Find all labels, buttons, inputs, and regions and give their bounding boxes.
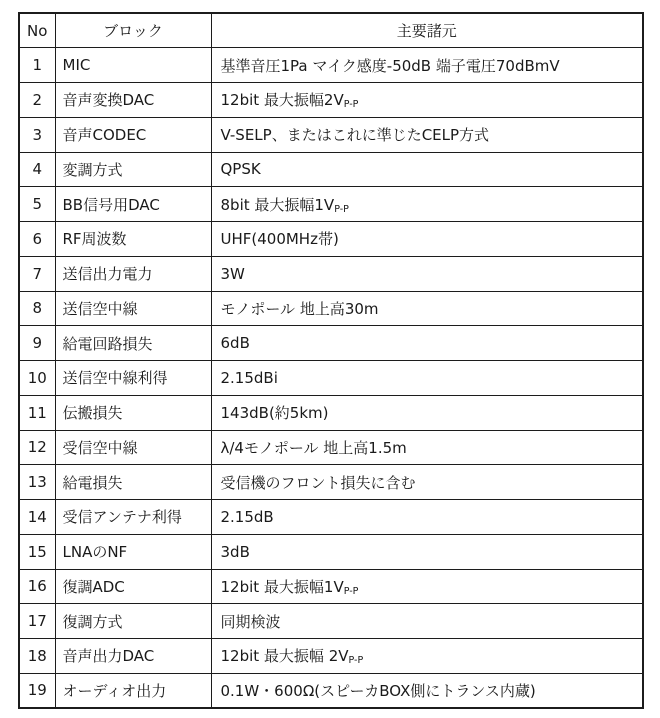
row-number-cell: 7 (19, 256, 55, 291)
spec-cell: 6dB (211, 326, 643, 361)
table-row: 13 給電損失 受信機のフロント損失に含む (19, 465, 643, 500)
row-number-cell: 5 (19, 187, 55, 222)
block-cell: 受信空中線 (55, 430, 211, 465)
block-cell: オーディオ出力 (55, 673, 211, 708)
block-cell: 送信空中線 (55, 291, 211, 326)
row-number-cell: 3 (19, 117, 55, 152)
table-row: 8 送信空中線 モノポール 地上高30m (19, 291, 643, 326)
spec-cell: 12bit 最大振幅2VP-P (211, 83, 643, 118)
spec-cell: 基準音圧1Pa マイク感度-50dB 端子電圧70dBmV (211, 48, 643, 83)
header-no: No (19, 13, 55, 48)
spec-cell: 3dB (211, 534, 643, 569)
row-number-cell: 17 (19, 604, 55, 639)
table-row: 2 音声変換DAC 12bit 最大振幅2VP-P (19, 83, 643, 118)
block-cell: 音声出力DAC (55, 639, 211, 674)
block-cell: 音声変換DAC (55, 83, 211, 118)
table-row: 19 オーディオ出力 0.1W・600Ω(スピーカBOX側にトランス内蔵) (19, 673, 643, 708)
table-row: 10 送信空中線利得 2.15dBi (19, 361, 643, 396)
block-cell: 給電回路損失 (55, 326, 211, 361)
row-number-cell: 18 (19, 639, 55, 674)
block-cell: 伝搬損失 (55, 395, 211, 430)
block-cell: BB信号用DAC (55, 187, 211, 222)
table-row: 16 復調ADC 12bit 最大振幅1VP-P (19, 569, 643, 604)
block-cell: 変調方式 (55, 152, 211, 187)
table-row: 9 給電回路損失 6dB (19, 326, 643, 361)
row-number-cell: 16 (19, 569, 55, 604)
spec-cell: 8bit 最大振幅1VP-P (211, 187, 643, 222)
row-number-cell: 8 (19, 291, 55, 326)
spec-cell: QPSK (211, 152, 643, 187)
table-row: 15 LNAのNF 3dB (19, 534, 643, 569)
block-cell: 音声CODEC (55, 117, 211, 152)
header-row: No ブロック 主要諸元 (19, 13, 643, 48)
table-row: 14 受信アンテナ利得 2.15dB (19, 500, 643, 535)
block-cell: 送信空中線利得 (55, 361, 211, 396)
row-number-cell: 6 (19, 222, 55, 257)
header-spec: 主要諸元 (211, 13, 643, 48)
row-number-cell: 1 (19, 48, 55, 83)
table-body: 1 MIC 基準音圧1Pa マイク感度-50dB 端子電圧70dBmV 2 音声… (19, 48, 643, 708)
block-cell: MIC (55, 48, 211, 83)
block-cell: 給電損失 (55, 465, 211, 500)
spec-cell: 12bit 最大振幅 2VP-P (211, 639, 643, 674)
spec-cell: UHF(400MHz帯) (211, 222, 643, 257)
table-row: 18 音声出力DAC 12bit 最大振幅 2VP-P (19, 639, 643, 674)
spec-cell: 受信機のフロント損失に含む (211, 465, 643, 500)
block-cell: LNAのNF (55, 534, 211, 569)
row-number-cell: 19 (19, 673, 55, 708)
spec-cell: 3W (211, 256, 643, 291)
spec-cell: V-SELP、またはこれに準じたCELP方式 (211, 117, 643, 152)
table-row: 6 RF周波数 UHF(400MHz帯) (19, 222, 643, 257)
document-page: No ブロック 主要諸元 1 MIC 基準音圧1Pa マイク感度-50dB 端子… (0, 0, 660, 718)
header-block: ブロック (55, 13, 211, 48)
spec-cell: λ/4モノポール 地上高1.5m (211, 430, 643, 465)
row-number-cell: 13 (19, 465, 55, 500)
row-number-cell: 9 (19, 326, 55, 361)
spec-table: No ブロック 主要諸元 1 MIC 基準音圧1Pa マイク感度-50dB 端子… (18, 12, 644, 709)
table-row: 5 BB信号用DAC 8bit 最大振幅1VP-P (19, 187, 643, 222)
block-cell: 送信出力電力 (55, 256, 211, 291)
spec-cell: 143dB(約5km) (211, 395, 643, 430)
row-number-cell: 4 (19, 152, 55, 187)
table-row: 11 伝搬損失 143dB(約5km) (19, 395, 643, 430)
block-cell: RF周波数 (55, 222, 211, 257)
block-cell: 復調ADC (55, 569, 211, 604)
table-row: 1 MIC 基準音圧1Pa マイク感度-50dB 端子電圧70dBmV (19, 48, 643, 83)
spec-cell: 12bit 最大振幅1VP-P (211, 569, 643, 604)
table-row: 7 送信出力電力 3W (19, 256, 643, 291)
block-cell: 受信アンテナ利得 (55, 500, 211, 535)
spec-cell: モノポール 地上高30m (211, 291, 643, 326)
row-number-cell: 15 (19, 534, 55, 569)
spec-cell: 0.1W・600Ω(スピーカBOX側にトランス内蔵) (211, 673, 643, 708)
row-number-cell: 14 (19, 500, 55, 535)
block-cell: 復調方式 (55, 604, 211, 639)
row-number-cell: 2 (19, 83, 55, 118)
table-row: 12 受信空中線 λ/4モノポール 地上高1.5m (19, 430, 643, 465)
spec-cell: 2.15dBi (211, 361, 643, 396)
spec-cell: 2.15dB (211, 500, 643, 535)
row-number-cell: 10 (19, 361, 55, 396)
spec-cell: 同期検波 (211, 604, 643, 639)
row-number-cell: 12 (19, 430, 55, 465)
row-number-cell: 11 (19, 395, 55, 430)
table-row: 3 音声CODEC V-SELP、またはこれに準じたCELP方式 (19, 117, 643, 152)
table-row: 17 復調方式 同期検波 (19, 604, 643, 639)
table-row: 4 変調方式 QPSK (19, 152, 643, 187)
